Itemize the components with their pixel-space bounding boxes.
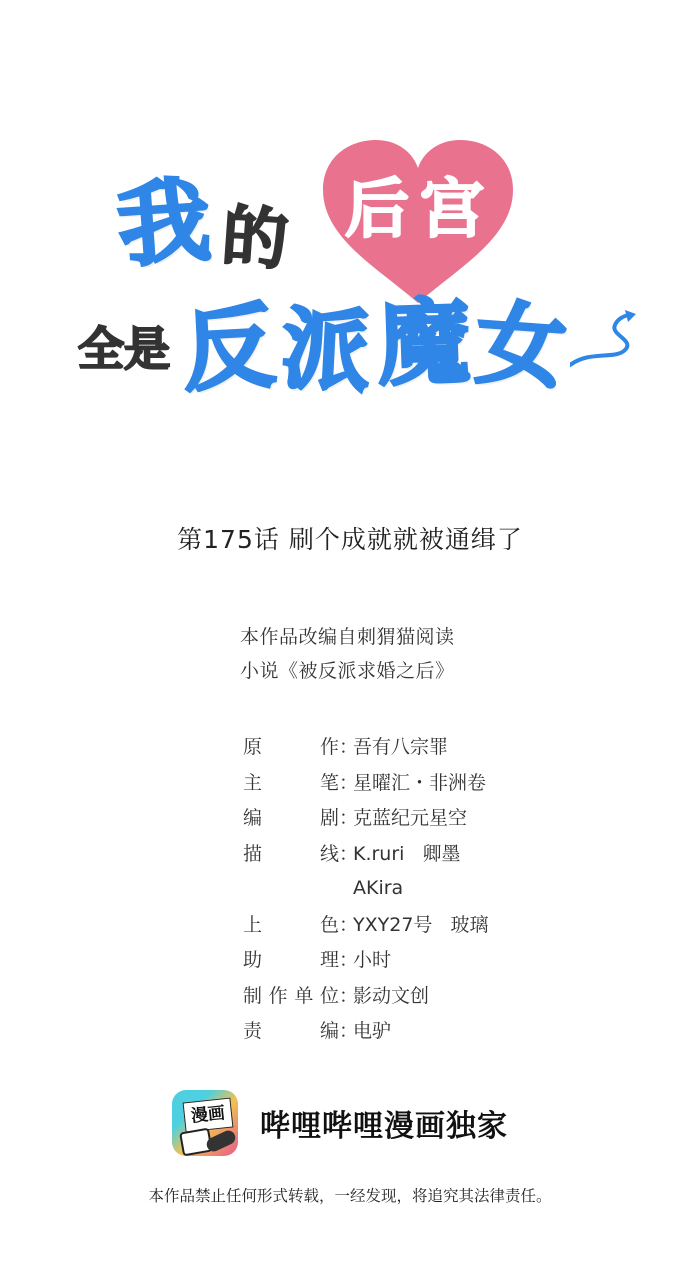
credit-value: AKira [353,877,403,899]
credit-colon: ： [339,910,353,937]
logo-char: 魔 [376,296,471,391]
logo-char: 反 [181,301,278,398]
chapter-title: 第175话 刷个成就就被通缉了 [0,520,700,556]
credit-value: 星曜汇・非洲卷 [353,768,486,795]
logo-char: 的 [220,204,290,274]
logo-char: 全 [78,326,124,372]
credit-value: K.ruri 卿墨 [353,839,461,866]
credit-colon: ： [339,768,353,795]
credit-row-original: 原作 ： 吾有八宗罪 [243,728,563,764]
credit-value: YXY27号 玻璃 [353,910,489,937]
credit-colon: ： [339,1016,353,1043]
credit-row-lineart: 描线 ： K.ruri 卿墨 [243,835,563,871]
credit-colon: ： [339,981,353,1008]
devil-tail-icon [570,310,650,380]
logo-char: 女 [473,299,569,395]
credit-value: 小时 [353,945,391,972]
title-logo: 我 的 后 宫 全 是 反 派 魔 女 [0,0,700,440]
heart-text: 后 [345,178,409,242]
credit-row-editor: 责编 ： 电驴 [243,1012,563,1048]
credit-label: 描线 [243,839,339,866]
credit-label: 上色 [243,910,339,937]
app-icon-text: 漫画 [183,1098,234,1133]
credit-row-lead-artist: 主笔 ： 星曜汇・非洲卷 [243,764,563,800]
brand-banner: 漫画 哔哩哔哩漫画独家 [172,1090,508,1156]
credit-label: 编剧 [243,803,339,830]
logo-char: 我 [115,175,213,273]
credit-row-assistant: 助理 ： 小时 [243,941,563,977]
heart-text: 宫 [420,178,484,242]
credit-label: 责编 [243,1016,339,1043]
credits-list: 原作 ： 吾有八宗罪 主笔 ： 星曜汇・非洲卷 编剧 ： 克蓝纪元星空 描线 ：… [243,728,563,1048]
credit-value: 影动文创 [353,981,429,1008]
credit-value: 克蓝纪元星空 [353,803,467,830]
credit-label: 原作 [243,732,339,759]
logo-char: 派 [280,305,373,397]
credit-colon: ： [339,839,353,866]
credit-row-studio: 制作单位 ： 影动文创 [243,977,563,1013]
credit-label: 制作单位 [243,981,339,1008]
adaptation-line: 本作品改编自刺猬猫阅读 [240,622,455,649]
bilibili-comics-app-icon: 漫画 [172,1090,238,1156]
credit-row-script: 编剧 ： 克蓝纪元星空 [243,799,563,835]
adaptation-line: 小说《被反派求婚之后》 [240,656,455,683]
credit-label: 助理 [243,945,339,972]
credit-colon: ： [339,732,353,759]
copyright-notice: 本作品禁止任何形式转载，一经发现，将追究其法律责任。 [0,1184,700,1206]
brand-name: 哔哩哔哩漫画独家 [260,1101,508,1145]
credit-row-lineart-continued: AKira [243,870,563,906]
credit-value: 吾有八宗罪 [353,732,448,759]
credit-row-color: 上色 ： YXY27号 玻璃 [243,906,563,942]
credit-value: 电驴 [353,1016,391,1043]
credit-label: 主笔 [243,768,339,795]
credit-colon: ： [339,945,353,972]
credit-colon: ： [339,803,353,830]
logo-char: 是 [124,326,170,372]
